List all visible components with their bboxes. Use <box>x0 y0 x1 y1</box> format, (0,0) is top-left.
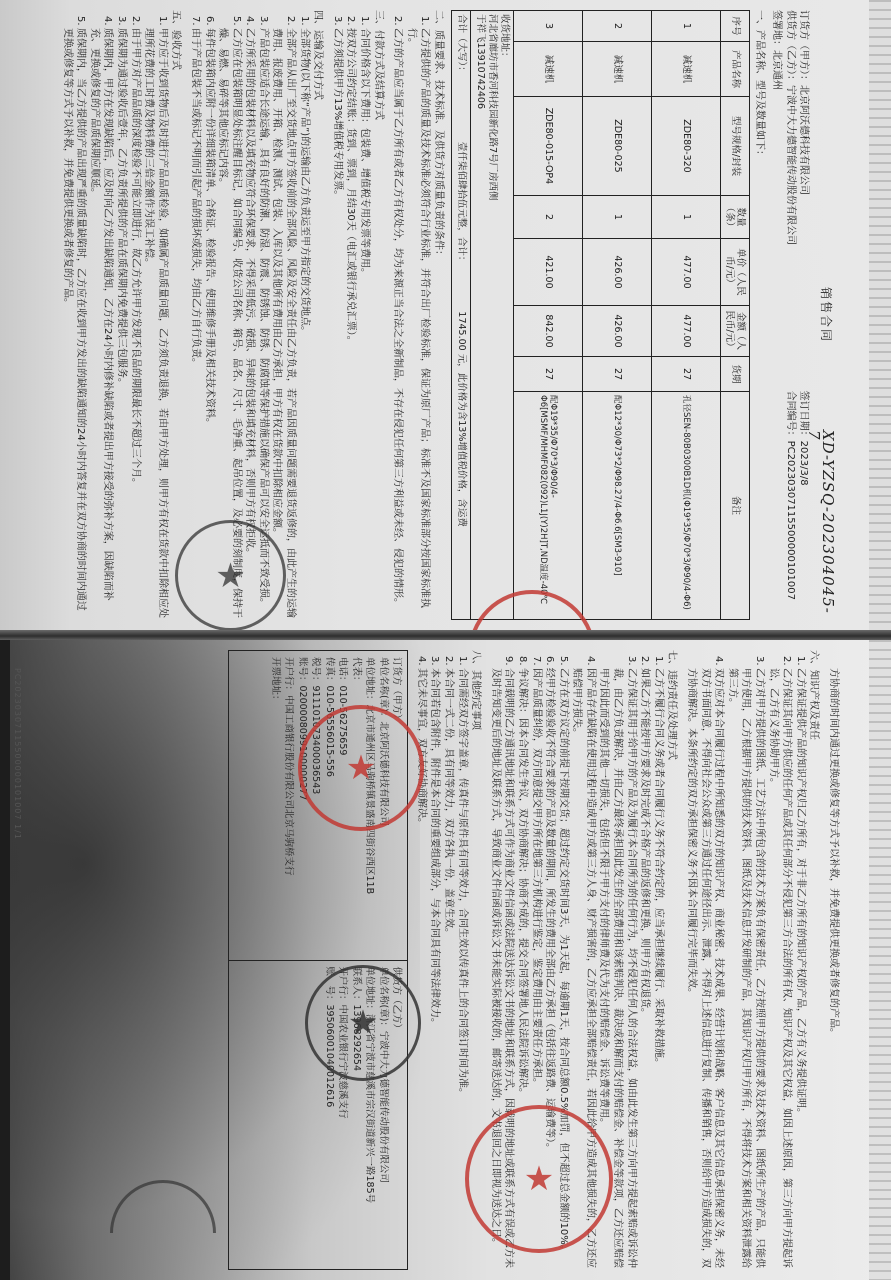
item-text: 产品包装应适合长途运输，具有良好的防潮、防湿、防震、防锈蚀、防锈、防腐蚀等保护措… <box>258 28 269 608</box>
item-text: 全部产品从出厂至交货地点甲方签收前的全部风险、风险及安全责任由乙方负责，若产品因… <box>272 28 297 618</box>
delivery-contact: 于祥飞13910742406 <box>474 14 486 616</box>
product-table: 序号 产品名称 型号规格/封装 数量（条） 单价（人民币/元） 金额（人民币/元… <box>451 10 750 620</box>
item-number: 4. <box>414 656 428 668</box>
item-text: 双方应对本合同履行过程中所知悉的双方的知识产权、商业秘密、技术成果、经营计划和战… <box>686 668 724 1268</box>
item-number: 2. <box>780 656 794 668</box>
cell-unit-price: 421.00 <box>514 239 583 306</box>
col-remark: 备注 <box>721 392 750 620</box>
item-number: 2. <box>344 16 358 28</box>
section-item: 2.按双方公司约定结账：货到、票到，月结30天（电汇或银行承兑汇票）。 <box>344 10 358 620</box>
page-edge-strip <box>869 640 891 1280</box>
item-number: 2. <box>391 16 405 28</box>
item-number: 3. <box>256 16 270 28</box>
section-item: 2.全部产品从出厂至交货地点甲方签收前的全部风险、风险及安全责任由乙方负责，若产… <box>270 10 297 620</box>
item-text: 如果乙方不能按甲方要求及时完成不合格产品的返修和更换，则甲方有权退货。 <box>639 668 650 1018</box>
section-item: 4.质保期内，甲方在发现缺陷后，应及时向乙方发出缺陷通知，乙方在24小时内修补缺… <box>87 10 114 620</box>
total-note: 元，此价格为含13%增值税价格，含运费 <box>456 354 467 527</box>
item-number: 2. <box>128 16 142 28</box>
total-words: 壹仟柒佰肆拾伍元整，合计： <box>456 142 467 266</box>
section-item: 2.由于甲方对产品品质的深度检验不可能立即进行，故乙方允许甲方发现不良品的期限最… <box>128 10 142 620</box>
item-text: 乙方所采用的包装材料以及填充物应符合环保要求，不得采用低污、破损、异味的包装和填… <box>244 28 255 558</box>
delivery-address: 河北省廊坊市香河科技园新化路7号厂房西侧 <box>486 14 498 616</box>
item-text: 按双方公司约定结账：货到、票到，月结30天（电汇或银行承兑汇票）。 <box>345 28 356 346</box>
item-number: 4. <box>101 16 115 28</box>
item-number: 8. <box>515 656 529 668</box>
section-item: 3.乙方须提供甲方13%增值税专用发票。 <box>330 10 344 620</box>
buyer-bank: 开户行：中国工商银行股份有限公司北京马驹桥支行 <box>282 657 296 954</box>
col-qty: 数量（条） <box>721 196 750 239</box>
col-no: 序号 <box>721 11 750 42</box>
star-icon: ★ <box>524 1162 554 1196</box>
cell-qty: 2 <box>514 196 583 239</box>
section-item: 1.乙方保证提供产品的知识产权归乙方所有，对于非乙方所有的知识产权的产品，乙方有… <box>793 650 807 1270</box>
section: 五、验收方式1.甲方应于收到货物后及时进行产品品质检验，如确属产品质量问题，乙方… <box>60 10 182 620</box>
delivery-row: 收货地址： 河北省廊坊市香河科技园新化路7号厂房西侧 于祥飞1391074240… <box>471 11 514 620</box>
col-amount: 金额（人民币/元） <box>721 306 750 357</box>
item-number: 6. <box>202 16 216 28</box>
item-number: 1. <box>297 16 311 28</box>
item-number: 3. <box>428 656 442 668</box>
item-text: 合同价格含以下费用：包装费、增值税专用发票等费用。 <box>359 28 370 278</box>
item-text: 质保期为通过验收后壹年，乙方负责所提供的产品在质保期内免费提供三包服务。 <box>116 28 127 388</box>
section-title: 五、验收方式 <box>169 10 183 620</box>
lead-line: 方协商的时间内通过更换或修复等方式予以补救，并免费提供更换或者修复的产品。 <box>826 650 840 1270</box>
total-row: 合计（大写）： 壹仟柒佰肆拾伍元整，合计： 1745.00 元，此价格为含13%… <box>452 11 471 620</box>
section-item: 5.质保期内，当乙方提供的产品出现严重的质量缺陷时，乙方应在收到甲方发出的缺陷通… <box>60 10 87 620</box>
col-unit-price: 单价（人民币/元） <box>721 239 750 306</box>
item-text: 因产品质量纠纷，双方同意提交甲方所在地第三方机构进行鉴定，鉴定费用由主要责任方承… <box>531 668 542 1088</box>
section-item: 3.乙方对甲方提供的图纸、工艺方法中所包含的技术方案负有保密责任，乙方按照甲方提… <box>725 650 766 1270</box>
section: 二、质量要求、技术标准、及供货方对质量负责的条件：1.乙方提供的产品的质量及技术… <box>391 10 445 620</box>
item-text: 全部货物(以下称“产品”)的运输由乙方负责运至甲方指定的交货地点。 <box>299 28 310 336</box>
total-amount: 1745.00 <box>456 311 467 350</box>
contract-no-row: 合同编号：PC20230307115500000101007 <box>783 391 797 600</box>
section-item: 1.全部货物(以下称“产品”)的运输由乙方负责运至甲方指定的交货地点。 <box>297 10 311 620</box>
cell-model: ZDE80-025 <box>583 97 652 196</box>
product-row: 3减速机ZDE80-015-OP42421.00842.0027配Φ19*35/… <box>514 11 583 620</box>
item-number: 3. <box>330 16 344 28</box>
seller-contract-stamp: ★ <box>175 520 286 631</box>
section-item: 1.乙方提供的产品的质量及技术标准必须符合行业标准，并符合出厂检验标准，保证为原… <box>404 10 431 620</box>
item-number: 3. <box>114 16 128 28</box>
cell-lead: 27 <box>583 357 652 392</box>
star-icon: ★ <box>348 1006 378 1040</box>
cell-name: 减速机 <box>514 42 583 97</box>
cell-unit-price: 477.00 <box>652 239 721 306</box>
item-text: 乙方提供的产品的质量及技术标准必须符合行业标准，并符合出厂检验标准，保证为原厂产… <box>406 28 431 608</box>
col-name: 产品名称 <box>721 42 750 97</box>
cell-model: ZDE80-320 <box>652 97 721 196</box>
cell-name: 减速机 <box>583 42 652 97</box>
buyer-seam-stamp: ★ <box>465 1105 613 1253</box>
sign-place: 签署地：北京通州 <box>770 10 784 245</box>
item-number: 5. <box>229 16 243 28</box>
section-item: 2.乙方的产品应当属于乙方所有或者乙方有权处分，均为来源正当合法之全新制品，不存… <box>391 10 405 620</box>
section-title: 七、违约责任及处理方式 <box>665 650 679 1270</box>
star-icon: ★ <box>215 559 245 593</box>
seller-signature-stamp: ★ <box>305 965 421 1081</box>
item-text: 经甲方检验验收不符合要求的产品及数量的期间，所发生的费用全部由乙方承担（包括往返… <box>544 668 555 1153</box>
product-row: 2减速机ZDE80-0251426.00426.0027配Φ12*30/Φ73*… <box>583 11 652 620</box>
item-number: 9. <box>502 656 516 668</box>
cell-qty: 1 <box>583 196 652 239</box>
item-number: 1. <box>155 16 169 28</box>
item-number: 5. <box>556 656 570 668</box>
section: 六、知识产权及责任1.乙方保证提供产品的知识产权归乙方所有，对于非乙方所有的知识… <box>684 650 820 1270</box>
section: 三、付款方式及结算方式1.合同价格含以下费用：包装费、增值税专用发票等费用。2.… <box>330 10 384 620</box>
section-title: 六、知识产权及责任 <box>807 650 821 1270</box>
cell-remark: 配Φ19*35/Φ70*3/Φ90/4-Φ6[MSMF/MHMF082(092)… <box>514 392 583 620</box>
item-text: 质保期内，甲方在发现缺陷后，应及时向乙方发出缺陷通知，乙方在24小时内修补缺陷或… <box>89 28 114 601</box>
page-2-content: 方协商的时间内通过更换或修复等方式予以补救，并免费提供更换或者修复的产品。 六、… <box>12 650 862 1270</box>
item-text: 乙方保证提供产品的知识产权归乙方所有，对于非乙方所有的知识产权的产品，乙方有义务… <box>795 668 806 1118</box>
cell-no: 3 <box>514 11 583 42</box>
item-text: 本合同若包含附件，附件是本合同的重要组成部分，与本合同具有同等法律效力。 <box>429 668 440 1028</box>
item-number: 6. <box>543 656 557 668</box>
cell-model: ZDE80-015-OP4 <box>514 97 583 196</box>
page-1-content: XD-YZSQ-202304045-7 销售合同 订货方（甲方）：北京阿沃德科技… <box>12 10 862 620</box>
section-item: 2.乙方保证其向甲方供应的任何产品或其任何部分不侵犯第三方合法的所有权、知识产权… <box>766 650 793 1270</box>
item-text: 甲方应于收到货物后及时进行产品品质检验，如确属产品质量问题，乙方须负责退换，若由… <box>143 28 168 618</box>
footer-code: PC20230307115500000101007 1/1 <box>10 668 24 840</box>
cell-remark: 配Φ12*30/Φ73*2/Φ98.27/4-Φ6.6[SM3-910] <box>583 392 652 620</box>
col-model: 型号规格/封装 <box>721 97 750 196</box>
item-text: 每件包装箱内应附一份详细装箱清单、合格证、检验报告、使用维修手册及相关技术资料。 <box>204 28 215 428</box>
item-number: 5. <box>74 16 88 28</box>
item-number: 2. <box>638 656 652 668</box>
cell-amount: 842.00 <box>514 306 583 357</box>
item-text: 乙方对甲方提供的图纸、工艺方法中所包含的技术方案负有保密责任，乙方按照甲方提供的… <box>727 668 765 1268</box>
contract-page-2: 方协商的时间内通过更换或修复等方式予以补救，并免费提供更换或者修复的产品。 六、… <box>0 640 891 1280</box>
contract-no: PC20230307115500000101007 <box>785 441 796 600</box>
cell-unit-price: 426.00 <box>583 239 652 306</box>
item-number: 1. <box>418 16 432 28</box>
item-number: 4. <box>583 656 597 668</box>
cell-lead: 27 <box>652 357 721 392</box>
item-number: 7. <box>529 656 543 668</box>
item-number: 4. <box>243 16 257 28</box>
item-text: 质保期内，当乙方提供的产品出现严重的质量缺陷时，乙方应在收到甲方发出的缺陷通知的… <box>62 28 87 611</box>
cell-qty: 1 <box>652 196 721 239</box>
buyer-line: 订货方（甲方）：北京阿沃德科技有限公司 <box>797 10 811 245</box>
total-cell: 合计（大写）： 壹仟柒佰肆拾伍元整，合计： 1745.00 元，此价格为含13%… <box>452 11 471 620</box>
cell-amount: 426.00 <box>583 306 652 357</box>
handwritten-code: XD-YZSQ-202304045-7 <box>807 430 834 620</box>
product-table-header: 序号 产品名称 型号规格/封装 数量（条） 单价（人民币/元） 金额（人民币/元… <box>721 11 750 620</box>
section-item: 1.甲方应于收到货物后及时进行产品品质检验，如确属产品质量问题，乙方须负责退换，… <box>142 10 169 620</box>
total-label: 合计（大写）： <box>456 14 467 76</box>
star-icon: ★ <box>346 751 376 785</box>
page-edge-dark <box>0 640 10 1280</box>
item-text: 乙方不履行合同义务或者合同履行义务不符合约定的，应当承担继续履行、采取补救措施。 <box>653 668 664 1068</box>
section-item: 1.乙方不履行合同义务或者合同履行义务不符合约定的，应当承担继续履行、采取补救措… <box>651 650 665 1270</box>
section-title: 二、质量要求、技术标准、及供货方对质量负责的条件： <box>431 10 445 620</box>
section-item: 3.质保期为通过验收后壹年，乙方负责所提供的产品在质保期内免费提供三包服务。 <box>114 10 128 620</box>
cell-amount: 477.00 <box>652 306 721 357</box>
item-number: 4. <box>712 656 726 668</box>
contract-no-label: 合同编号： <box>785 391 796 441</box>
item-number: 1. <box>651 656 665 668</box>
item-number: 7. <box>188 16 202 28</box>
item-number: 3. <box>624 656 638 668</box>
section-item: 2.如果乙方不能按甲方要求及时完成不合格产品的返修和更换，则甲方有权退货。 <box>638 650 652 1270</box>
section-item: 2.本合同一式二份，具有同等效力，双方各执一份，盖章生效。 <box>441 650 455 1270</box>
item-number: 1. <box>357 16 371 28</box>
item-text: 乙方须提供甲方13%增值税专用发票。 <box>332 28 343 200</box>
delivery-address-label: 收货地址： <box>498 14 510 616</box>
cell-no: 2 <box>583 11 652 42</box>
item-number: 2. <box>284 16 298 28</box>
item-text: 由于甲方对产品品质的深度检验不可能立即进行，故乙方允许甲方发现不良品的期限最长不… <box>130 28 141 488</box>
section-item: 1.合同价格含以下费用：包装费、增值税专用发票等费用。 <box>357 10 371 620</box>
buyer-account: 账号：0200008099100000277 <box>295 657 309 954</box>
item-text: 乙方保证其向甲方供应的任何产品或其任何部分不侵犯第三方合法的所有权、知识产权及其… <box>768 668 793 1268</box>
cell-no: 1 <box>652 11 721 42</box>
buyer-invoice-addr: 开票地址： <box>268 657 282 954</box>
contract-header: 订货方（甲方）：北京阿沃德科技有限公司 供货方（乙方）：宁波中大力德智能传动股份… <box>770 10 811 620</box>
seller-line: 供货方（乙方）：宁波中大力德智能传动股份有限公司 <box>783 10 797 245</box>
buyer-signature-stamp: ★ <box>298 705 424 831</box>
item-text: 争议解决：因本合同发生争议，双方协商解决；协商不成的，提交合同签署地人民法院诉讼… <box>517 668 528 1098</box>
item-text: 乙方的产品应当属于乙方所有或者乙方有权处分，均为来源正当合法之全新制品，不存在侵… <box>392 28 403 608</box>
product-intro: 一、产品名称、型号及数量如下： <box>752 10 766 620</box>
section-item: 4.双方应对本合同履行过程中所知悉的双方的知识产权、商业秘密、技术成果、经营计划… <box>684 650 725 1270</box>
item-number: 3. <box>752 656 766 668</box>
section-title: 四、运输及交付方式 <box>311 10 325 620</box>
delivery-cell: 收货地址： 河北省廊坊市香河科技园新化路7号厂房西侧 于祥飞1391074240… <box>471 11 514 620</box>
col-lead: 货期 <box>721 357 750 392</box>
item-number: 1. <box>455 656 469 668</box>
item-text: 由于产品包装不当或标记不明而引起产品的损坏或损失，均由乙方自行负责。 <box>190 28 201 368</box>
page-edge-strip <box>869 0 891 632</box>
section-item: 3.本合同若包含附件，附件是本合同的重要组成部分，与本合同具有同等法律效力。 <box>428 650 442 1270</box>
cell-remark: 孔径SEN-80B0300B1D机(Φ19*35/Φ70*3/Φ90/4-Φ6) <box>652 392 721 620</box>
item-text: 合同需经双方签字盖章，传真件与原件具有同等效力，合同生效以传真件上的合同签订时间… <box>457 668 468 1098</box>
item-number: 1. <box>793 656 807 668</box>
section-title: 三、付款方式及结算方式 <box>371 10 385 620</box>
cell-lead: 27 <box>514 357 583 392</box>
item-number: 2. <box>441 656 455 668</box>
product-row: 1减速机ZDE80-3201477.00477.0027孔径SEN-80B030… <box>652 11 721 620</box>
item-text: 本合同一式二份，具有同等效力，双方各执一份，盖章生效。 <box>443 668 454 938</box>
cell-name: 减速机 <box>652 42 721 97</box>
contract-page-1: XD-YZSQ-202304045-7 销售合同 订货方（甲方）：北京阿沃德科技… <box>0 0 891 632</box>
